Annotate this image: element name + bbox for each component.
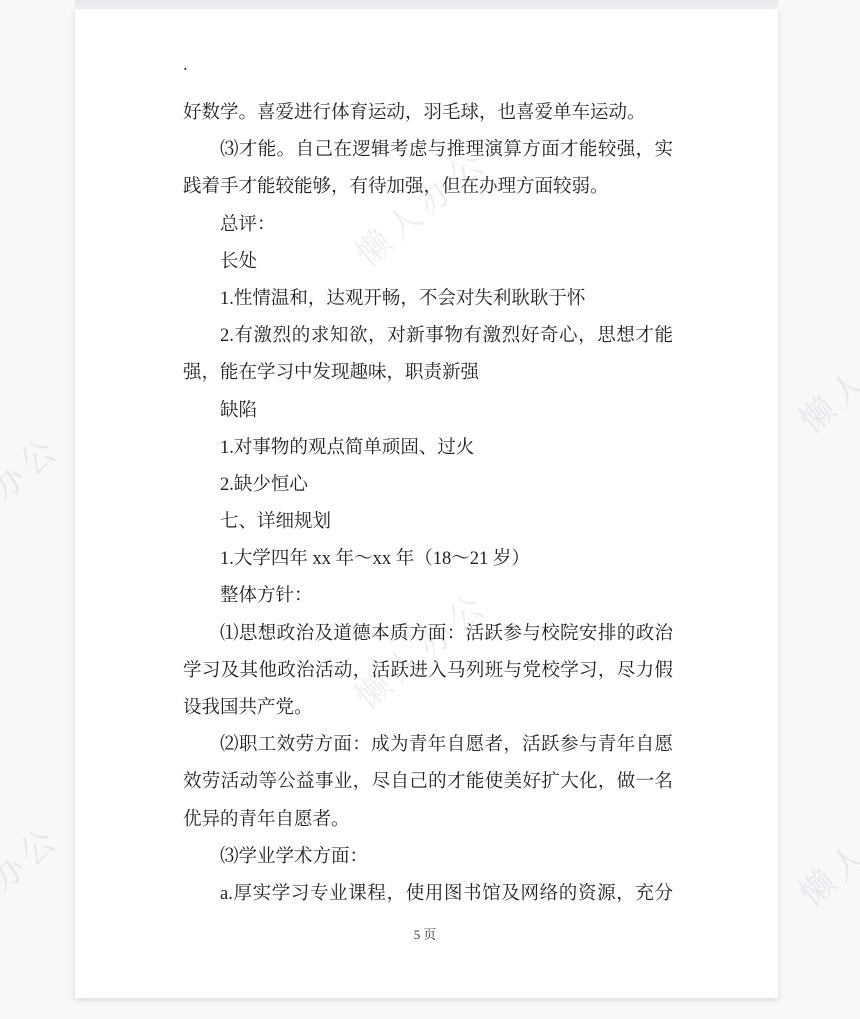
document-line: 践着手才能较能够，有待加强，但在办理方面较弱。 [183, 169, 673, 206]
document-line: 缺陷 [183, 393, 673, 430]
document-line: ⑵职工效劳方面：成为青年自愿者，活跃参与青年自愿 [183, 727, 673, 764]
document-page[interactable]: . 好数学。喜爱进行体育运动，羽毛球，也喜爱单车运动。⑶才能。自己在逻辑考虑与推… [75, 9, 778, 998]
watermark: 懒人办公 [0, 422, 69, 562]
page-gap-strip [75, 0, 778, 9]
document-line: 设我国共产党。 [183, 690, 673, 727]
page-number: 5页 [75, 924, 778, 943]
document-line: 长处 [183, 244, 673, 281]
document-line: ⑶学业学术方面： [183, 839, 673, 876]
document-line: 1.大学四年 xx 年～xx 年（18～21 岁） [183, 541, 673, 578]
document-line: 2.缺少恒心 [183, 467, 673, 504]
document-body: 好数学。喜爱进行体育运动，羽毛球，也喜爱单车运动。⑶才能。自己在逻辑考虑与推理演… [183, 95, 673, 913]
watermark: 懒人办公 [787, 775, 860, 915]
stray-mark: . [183, 56, 188, 74]
document-line: 1.对事物的观点简单顽固、过火 [183, 430, 673, 467]
app-canvas: { "canvas": { "background_color": "#f7f8… [0, 0, 860, 1019]
document-line: a.厚实学习专业课程，使用图书馆及网络的资源，充分 [183, 876, 673, 913]
document-line: 好数学。喜爱进行体育运动，羽毛球，也喜爱单车运动。 [183, 95, 673, 132]
document-line: 学习及其他政治活动，活跃进入马列班与党校学习，尽力假 [183, 653, 673, 690]
document-line: ⑴思想政治及道德本质方面：活跃参与校院安排的政治 [183, 616, 673, 653]
document-line: 优异的青年自愿者。 [183, 802, 673, 839]
watermark: 懒人办公 [787, 302, 860, 442]
document-line: 整体方针： [183, 578, 673, 615]
document-line: ⑶才能。自己在逻辑考虑与推理演算方面才能较强，实 [183, 132, 673, 169]
document-line: 效劳活动等公益事业，尽自己的才能使美好扩大化，做一名 [183, 764, 673, 801]
document-line: 七、详细规划 [183, 504, 673, 541]
document-line: 2.有激烈的求知欲，对新事物有激烈好奇心，思想才能 [183, 318, 673, 355]
document-line: 1.性情温和，达观开畅，不会对失利耿耿于怀 [183, 281, 673, 318]
watermark: 懒人办公 [0, 812, 69, 952]
document-line: 强，能在学习中发现趣味，职责新强 [183, 355, 673, 392]
document-line: 总评： [183, 207, 673, 244]
